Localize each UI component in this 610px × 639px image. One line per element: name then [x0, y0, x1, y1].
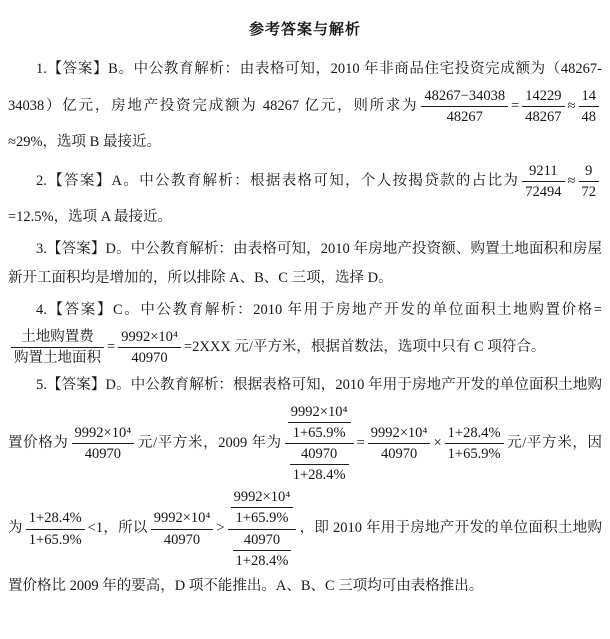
document-page: 参考答案与解析 1.【答案】B。中公教育解析：由表格可知，2010 年非商品住宅…: [0, 0, 610, 602]
text-run: 3.【答案】D。中公教育解析：由表格可知，2010 年房地产投资额、购置土地面积…: [8, 241, 602, 287]
fraction-denominator: 48267: [522, 107, 564, 126]
fraction-numerator: 1+28.4%: [26, 509, 85, 529]
fraction-numerator: 9992×10⁴: [368, 424, 431, 444]
greater-than-operator: >: [216, 520, 224, 536]
answer-1-paragraph: 1.【答案】B。中公教育解析：由表格可知，2010 年非商品住宅投资完成额为（4…: [8, 55, 602, 158]
multiply-operator: ×: [433, 435, 441, 451]
equals-operator: =: [107, 339, 115, 355]
fraction-denominator: 409701+28.4%: [285, 444, 354, 484]
fraction-denominator: 409701+28.4%: [228, 530, 297, 570]
fraction: 1448: [579, 87, 600, 126]
fraction-numerator: 14: [579, 87, 600, 107]
fraction: 48267−3403848267: [421, 87, 508, 126]
fraction: 9992×10⁴40970: [151, 509, 214, 548]
fraction-numerator: 48267−34038: [421, 87, 508, 107]
fraction-denominator: 1+65.9%: [231, 508, 294, 527]
fraction-denominator: 1+65.9%: [445, 444, 504, 463]
fraction-denominator: 1+28.4%: [290, 465, 349, 484]
fraction-numerator: 40970: [233, 531, 292, 551]
complex-fraction: 9992×10⁴1+65.9%409701+28.4%: [228, 488, 297, 570]
fraction-denominator: 72494: [522, 182, 564, 201]
fraction-numerator: 9992×10⁴: [288, 403, 351, 423]
fraction-denominator: 1+28.4%: [233, 551, 292, 570]
answer-5-paragraph: 5.【答案】D。中公教育解析：根据表格可知，2010 年用于房地产开发的单位面积…: [8, 371, 602, 601]
fraction-numerator: 40970: [290, 445, 349, 465]
equals-operator: =: [511, 98, 519, 114]
fraction: 1+28.4%1+65.9%: [26, 509, 85, 548]
fraction-numerator: 1+28.4%: [445, 424, 504, 444]
fraction-numerator: 9992×10⁴: [118, 328, 181, 348]
fraction-denominator: 40970: [151, 530, 214, 549]
text-run: 2.【答案】A。中公教育解析：根据表格可知，个人按揭贷款的占比为: [36, 173, 519, 189]
fraction-numerator: 9: [579, 162, 600, 182]
fraction: 9992×10⁴1+65.9%: [231, 488, 294, 527]
fraction-numerator: 9992×10⁴1+65.9%: [285, 403, 354, 444]
approx-operator: ≈: [568, 173, 576, 189]
fraction-denominator: 1+65.9%: [26, 530, 85, 549]
equals-operator: =: [357, 435, 365, 451]
approx-operator: ≈: [568, 98, 576, 114]
fraction-numerator: 14229: [522, 87, 564, 107]
fraction-numerator: 9992×10⁴: [231, 488, 294, 508]
fraction-denominator: 48267: [421, 107, 508, 126]
text-run: 元/平方米，2009 年为: [137, 435, 282, 451]
fraction-denominator: 购置土地面积: [11, 348, 104, 367]
fraction: 921172494: [522, 162, 564, 201]
fraction: 1+28.4%1+65.9%: [445, 424, 504, 463]
fraction-numerator: 土地购置费: [11, 328, 104, 348]
fraction-denominator: 1+65.9%: [288, 423, 351, 442]
fraction: 409701+28.4%: [290, 445, 349, 484]
fraction-denominator: 40970: [72, 444, 135, 463]
fraction: 1422948267: [522, 87, 564, 126]
fraction-numerator: 9992×10⁴: [72, 424, 135, 444]
text-run: <1，所以: [88, 520, 148, 536]
answer-3-paragraph: 3.【答案】D。中公教育解析：由表格可知，2010 年房地产投资额、购置土地面积…: [8, 235, 602, 294]
fraction: 9992×10⁴1+65.9%: [288, 403, 351, 442]
answer-4-paragraph: 4.【答案】C。中公教育解析：2010 年用于房地产开发的单位面积土地购置价格=…: [8, 296, 602, 369]
fraction: 9992×10⁴40970: [118, 328, 181, 367]
fraction: 土地购置费购置土地面积: [11, 328, 104, 367]
fraction-denominator: 72: [579, 182, 600, 201]
answer-2-paragraph: 2.【答案】A。中公教育解析：根据表格可知，个人按揭贷款的占比为92117249…: [8, 160, 602, 233]
fraction-denominator: 48: [579, 107, 600, 126]
fraction-denominator: 40970: [368, 444, 431, 463]
fraction: 972: [579, 162, 600, 201]
page-title: 参考答案与解析: [8, 18, 602, 39]
fraction-numerator: 9992×10⁴1+65.9%: [228, 488, 297, 529]
text-run: =2XXX 元/平方米，根据首数法，选项中只有 C 项符合。: [184, 339, 545, 355]
complex-fraction: 9992×10⁴1+65.9%409701+28.4%: [285, 403, 354, 485]
fraction: 9992×10⁴40970: [368, 424, 431, 463]
fraction-numerator: 9211: [522, 162, 564, 182]
text-run: ≈29%，选项 B 最接近。: [8, 134, 161, 150]
fraction-denominator: 40970: [118, 348, 181, 367]
fraction-numerator: 9992×10⁴: [151, 509, 214, 529]
fraction: 409701+28.4%: [233, 531, 292, 570]
fraction: 9992×10⁴40970: [72, 424, 135, 463]
text-run: =12.5%，选项 A 最接近。: [8, 209, 172, 225]
text-run: 4.【答案】C。中公教育解析：2010 年用于房地产开发的单位面积土地购置价格=: [36, 302, 602, 318]
